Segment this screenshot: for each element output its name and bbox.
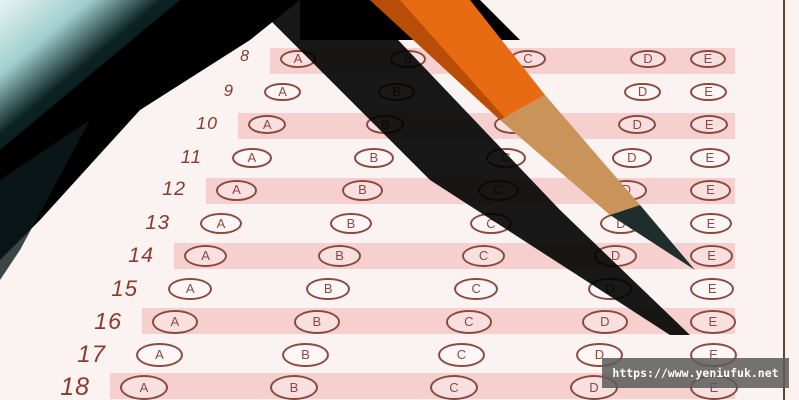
answer-bubble-b[interactable]: B <box>294 310 340 334</box>
answer-bubble-e[interactable]: E <box>690 213 732 235</box>
answer-row <box>190 211 735 237</box>
question-number: 13 <box>130 211 170 235</box>
answer-row <box>222 146 735 172</box>
answer-bubble-d[interactable]: D <box>606 180 647 201</box>
answer-row <box>206 178 735 204</box>
answer-bubble-e[interactable]: E <box>690 310 736 334</box>
answer-bubble-c[interactable]: C <box>478 180 519 201</box>
answer-bubble-b[interactable]: B <box>282 343 329 367</box>
answer-row <box>158 276 735 302</box>
question-number: 14 <box>114 243 154 268</box>
question-number: 12 <box>146 178 186 201</box>
answer-bubble-e[interactable]: E <box>690 180 731 201</box>
watermark-url[interactable]: https://www.yeniufuk.net <box>602 358 789 388</box>
answer-bubble-d[interactable]: D <box>624 83 661 102</box>
question-number: 17 <box>66 341 106 369</box>
answer-bubble-b[interactable]: B <box>330 213 372 235</box>
answer-bubble-a[interactable]: A <box>280 50 316 68</box>
question-number: 16 <box>82 308 122 335</box>
answer-bubble-a[interactable]: A <box>264 83 301 102</box>
answer-bubble-c[interactable]: C <box>470 213 512 235</box>
answer-bubble-d[interactable]: D <box>600 213 642 235</box>
answer-bubble-a[interactable]: A <box>216 180 257 201</box>
answer-bubble-a[interactable]: A <box>136 343 183 367</box>
answer-bubble-b[interactable]: B <box>342 180 383 201</box>
answer-row <box>142 308 735 334</box>
sheet-margin-line <box>783 0 785 400</box>
answer-bubble-a[interactable]: A <box>200 213 242 235</box>
answer-bubble-d[interactable]: D <box>630 50 666 68</box>
answer-bubble-b[interactable]: B <box>378 83 415 102</box>
answer-bubble-d[interactable]: D <box>612 148 652 168</box>
answer-row <box>254 81 735 107</box>
answer-bubble-a[interactable]: A <box>120 375 168 400</box>
answer-bubble-d[interactable]: D <box>582 310 628 334</box>
answer-bubble-c[interactable]: C <box>486 148 526 168</box>
answer-bubble-e[interactable]: E <box>690 148 730 168</box>
question-number: 18 <box>50 373 90 400</box>
question-number: 10 <box>178 113 218 134</box>
question-number: 9 <box>194 81 234 101</box>
answer-bubble-a[interactable]: A <box>152 310 198 334</box>
answer-bubble-c[interactable]: C <box>510 50 546 68</box>
answer-bubble-c[interactable]: C <box>502 83 539 102</box>
question-number: 11 <box>162 146 202 168</box>
answer-bubble-e[interactable]: E <box>690 50 726 68</box>
answer-bubble-a[interactable]: A <box>232 148 272 168</box>
answer-bubble-c[interactable]: C <box>430 375 478 400</box>
answer-sheet: 8ABCDE9ABCDE10ABCDE11ABCDE12ABCDE13ABCDE… <box>0 0 799 400</box>
answer-bubble-c[interactable]: C <box>438 343 485 367</box>
question-number: 15 <box>98 276 138 302</box>
answer-bubble-b[interactable]: B <box>270 375 318 400</box>
answer-row <box>174 243 735 269</box>
photo-scene: 8ABCDE9ABCDE10ABCDE11ABCDE12ABCDE13ABCDE… <box>0 0 799 400</box>
answer-bubble-e[interactable]: E <box>690 83 727 102</box>
answer-row <box>238 113 735 139</box>
answer-bubble-b[interactable]: B <box>390 50 426 68</box>
answer-bubble-c[interactable]: C <box>446 310 492 334</box>
question-number: 8 <box>210 48 250 66</box>
answer-bubble-b[interactable]: B <box>354 148 394 168</box>
